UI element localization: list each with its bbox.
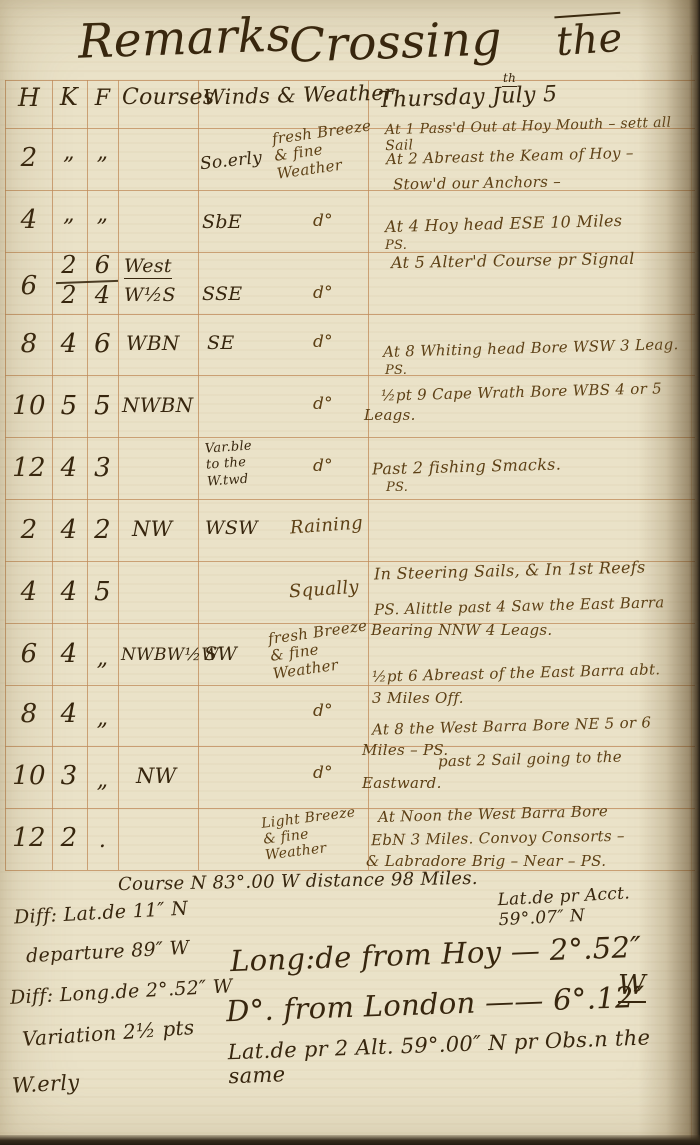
cell-hour: 4 <box>8 578 50 608</box>
cell-fathoms: 5 <box>88 578 117 608</box>
grid-line <box>198 80 199 870</box>
cell-fathoms: 2 <box>88 516 117 546</box>
col-header-fathoms: F <box>88 86 117 111</box>
cell-weather: fresh Breeze & fine Weather <box>271 117 377 182</box>
cell-wind: SSE <box>202 284 242 306</box>
diff-longitude: Diff: Long.de 2°.52″ W <box>10 976 234 1009</box>
cell-course: NW <box>136 764 177 788</box>
cell-weather: d° <box>300 702 346 722</box>
grid-line <box>5 499 695 500</box>
remark-line: EbN 3 Miles. Convoy Consorts – <box>371 828 625 850</box>
remark-line: & Labradore Brig – Near – PS. <box>366 853 606 870</box>
remark-line: Eastward. <box>362 775 442 792</box>
col-header-knots: K <box>53 84 85 112</box>
cell-weather: Squally <box>288 578 359 604</box>
cell-weather: d° <box>300 457 346 477</box>
cell-knots: 4 <box>53 578 85 608</box>
cell-weather: Raining <box>289 513 363 539</box>
page-edge-line <box>691 55 692 1140</box>
remark-line: PS. <box>386 481 408 496</box>
cell-hour: 12 <box>8 454 50 484</box>
remark-line: At 5 Alter'd Course pr Signal <box>391 250 635 273</box>
remark-line: At 8 the West Barra Bore NE 5 or 6 <box>372 714 652 739</box>
cell-fathoms: „ <box>88 768 117 793</box>
departure: departure 89″ W <box>26 938 190 968</box>
cell-knots: 4 <box>53 640 85 670</box>
cell-weather: Light Breeze & fine Weather <box>260 804 360 863</box>
cell-weather: fresh Breeze & fine Weather <box>267 617 373 682</box>
cell-hour: 4 <box>8 206 50 236</box>
cell-knots: 4 <box>53 454 85 484</box>
remark-line: PS. <box>385 239 407 254</box>
cell-course: NW <box>132 517 173 541</box>
cell-fathoms: „ <box>88 706 117 731</box>
diff-latitude: Diff: Lat.de 11″ N <box>14 898 189 929</box>
col-header-winds-weather: Winds & Weather <box>203 80 395 109</box>
cell-fathoms: 6 <box>88 330 117 360</box>
remark-line: Past 2 fishing Smacks. <box>372 456 562 479</box>
grid-line <box>5 685 695 686</box>
cell-weather: d° <box>300 212 346 232</box>
west-indicator: W <box>618 970 646 1003</box>
remark-line: 3 Miles Off. <box>372 690 464 707</box>
cell-fathoms: „ <box>88 202 117 227</box>
logbook-page: Remarks Crossing the H K F Courses Winds… <box>0 0 700 1145</box>
grid-line <box>5 746 695 747</box>
cell-knots: „ <box>53 202 85 227</box>
westerly: W.erly <box>11 1070 80 1098</box>
latitude-by-account: Lat.de pr Acct. 59°.07″ N <box>497 881 700 931</box>
page-title-the: the <box>554 12 624 66</box>
col-header-courses: Courses <box>122 85 214 110</box>
cell-fathoms: „ <box>88 646 117 671</box>
page-title-remarks: Remarks <box>77 8 292 69</box>
remark-line: In Steering Sails, & In 1st Reefs <box>374 558 646 583</box>
remark-line: ½pt 9 Cape Wrath Bore WBS 4 or 5 <box>381 380 662 405</box>
col-header-hours: H <box>8 84 50 113</box>
cell-hour: 6 <box>8 640 50 670</box>
grid-line <box>5 80 6 870</box>
grid-line <box>5 190 695 191</box>
cell-hour: 10 <box>8 392 50 422</box>
cell-wind: SE <box>207 333 235 355</box>
cell-fathoms: 3 <box>88 454 117 484</box>
cell-course: WBN <box>126 332 180 355</box>
cell-knots: 2 <box>53 824 85 854</box>
cell-weather: d° <box>300 333 346 353</box>
grid-line <box>5 314 695 315</box>
date-header: Thursday July 5 <box>378 82 558 114</box>
cell-hour: 2 <box>8 516 50 546</box>
cell-hour: 2 <box>8 144 50 174</box>
cell-wind: SbE <box>202 212 242 234</box>
remark-line: PS. Alittle past 4 Saw the East Barra <box>374 594 665 619</box>
cell-knots: 4 <box>53 516 85 546</box>
course-made-good: Course N 83°.00 W distance 98 Miles. <box>118 869 478 896</box>
cell-wind: SW <box>204 644 237 666</box>
cell-fathoms: . <box>88 828 117 853</box>
cell-wind: So.erly <box>199 149 263 175</box>
grid-line <box>118 80 119 870</box>
remark-line: Miles – PS. <box>362 742 448 759</box>
grid-line <box>5 437 695 438</box>
cell-knots: 2 2 <box>53 250 85 310</box>
remark-line: Bearing NNW 4 Leags. <box>371 622 552 639</box>
cell-hour: 12 <box>8 824 50 854</box>
cell-wind: WSW <box>205 518 258 540</box>
remark-line: Leags. <box>364 407 416 424</box>
remark-line: past 2 Sail going to the <box>438 749 622 771</box>
cell-course-top: West <box>124 256 172 279</box>
cell-fathoms: 5 <box>88 392 117 422</box>
page-bottom-edge <box>0 1135 700 1145</box>
variation: Variation 2½ pts <box>21 1016 195 1051</box>
cell-wind: Var.ble to the W.twd <box>204 438 254 490</box>
cell-knots: 3 <box>53 762 85 792</box>
remark-line: At 2 Abreast the Keam of Hoy – <box>386 145 634 169</box>
cell-weather: d° <box>300 395 346 415</box>
page-title-crossing: Crossing <box>288 12 503 73</box>
remark-line: ½pt 6 Abreast of the East Barra abt. <box>372 661 661 686</box>
cell-hour: 8 <box>8 700 50 730</box>
cell-knots: 5 <box>53 392 85 422</box>
cell-knots: „ <box>53 140 85 165</box>
date-header-superscript: th <box>502 72 517 87</box>
remark-line: PS. <box>385 364 407 379</box>
cell-hour: 6 <box>8 272 50 302</box>
cell-weather: d° <box>300 284 346 304</box>
latitude-observed: Lat.de pr 2 Alt. 59°.00″ N pr Obs.n the … <box>227 1024 700 1089</box>
longitude-from-hoy: Long:de from Hoy — 2°.52″ <box>230 931 642 979</box>
grid-line <box>5 375 695 376</box>
longitude-from-london: D°. from London —— 6°.12″ <box>226 981 646 1029</box>
cell-hour: 10 <box>8 762 50 792</box>
remark-line: At 4 Hoy head ESE 10 Miles <box>385 212 623 237</box>
remark-line: Stow'd our Anchors – <box>393 174 561 194</box>
cell-knots: 4 <box>53 330 85 360</box>
cell-weather: d° <box>300 764 346 784</box>
remark-line: At 8 Whiting head Bore WSW 3 Leag. <box>383 336 679 361</box>
cell-course: NWBN <box>122 394 193 417</box>
cell-course-bottom: W½S <box>124 285 176 307</box>
cell-fathoms: „ <box>88 140 117 165</box>
remark-line: At Noon the West Barra Bore <box>378 803 608 826</box>
cell-knots: 4 <box>53 700 85 730</box>
cell-hour: 8 <box>8 330 50 360</box>
